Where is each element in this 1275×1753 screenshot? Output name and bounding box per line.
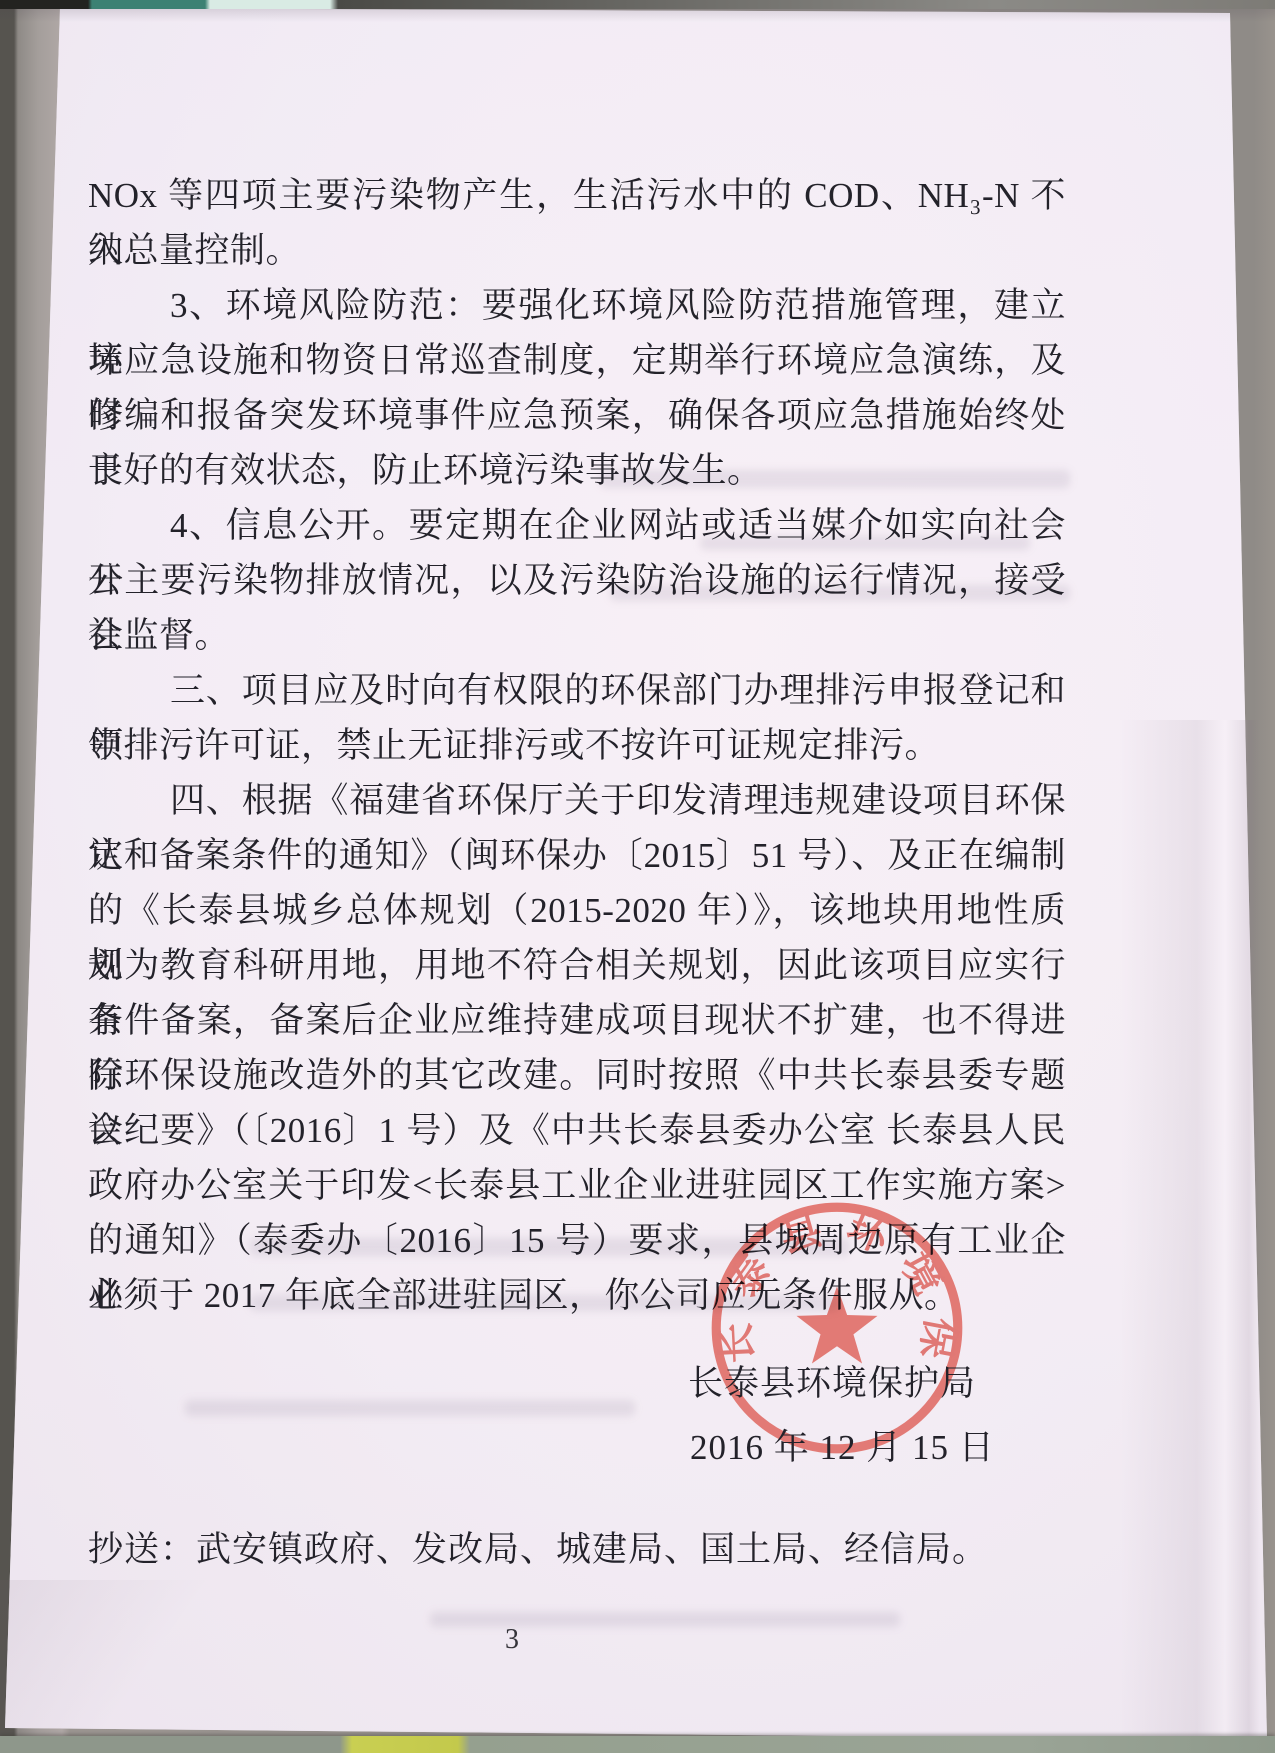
body-line: 除环保设施改造外的其它改建。同时按照《中共长泰县委专题会 (88, 1048, 1066, 1103)
body-line: 的《长泰县城乡总体规划（2015-2020 年）》，该地块用地性质规 (88, 883, 1066, 938)
svg-text:长泰县环境保护局: 长泰县环境保护局 (704, 1190, 964, 1380)
body-line: 划为教育科研用地，用地不符合相关规划，因此该项目应实行有 (88, 938, 1066, 993)
body-line: 入总量控制。 (88, 223, 1066, 278)
body-line: 定和备案条件的通知》（闽环保办〔2015〕51 号）、及正在编制 (88, 828, 1066, 883)
body-line: 议纪要》（〔2016〕1 号）及《中共长泰县委办公室 长泰县人民 (88, 1103, 1066, 1158)
scanned-document-page: NOx 等四项主要污染物产生，生活污水中的 COD、NH₃-N 不纳 入总量控制… (0, 0, 1275, 1753)
scanner-edge-bottom (0, 1736, 1275, 1753)
body-line: 会监督。 (88, 608, 1066, 663)
seal-text: 长泰县环境保护局 (704, 1190, 964, 1380)
signature-date: 2016 年 12 月 15 日 (690, 1420, 995, 1470)
body-line: 良好的有效状态，防止环境污染事故发生。 (88, 443, 1066, 498)
bleed-through-mark (185, 1400, 635, 1416)
body-line: 三、项目应及时向有权限的环保部门办理排污申报登记和申 (88, 663, 1066, 718)
signature-agency: 长泰县环境保护局 (688, 1356, 976, 1406)
body-line: NOx 等四项主要污染物产生，生活污水中的 COD、NH₃-N 不纳 (88, 168, 1066, 223)
seal-star-icon (797, 1286, 878, 1363)
scanner-edge-top (0, 0, 1275, 9)
cc-line: 抄送：武安镇政府、发改局、城建局、国土局、经信局。 (88, 1522, 988, 1572)
body-line: 境应急设施和物资日常巡查制度，定期举行环境应急演练，及时 (88, 333, 1066, 388)
paper-top-shadow (0, 8, 1275, 22)
body-line: 条件备案，备案后企业应维持建成项目现状不扩建，也不得进行 (88, 993, 1066, 1048)
body-line: 开主要污染物排放情况，以及污染防治设施的运行情况，接受社 (88, 553, 1066, 608)
body-line: 四、根据《福建省环保厅关于印发清理违规建设项目环保认 (88, 773, 1066, 828)
paper-fold-shadow (0, 1580, 260, 1753)
body-line: 领排污许可证，禁止无证排污或不按许可证规定排污。 (88, 718, 1066, 773)
document-body: NOx 等四项主要污染物产生，生活污水中的 COD、NH₃-N 不纳 入总量控制… (88, 168, 1066, 1323)
body-line: 修编和报备突发环境事件应急预案，确保各项应急措施始终处于 (88, 388, 1066, 443)
page-number: 3 (492, 1624, 532, 1656)
body-line: 3、环境风险防范：要强化环境风险防范措施管理，建立环 (88, 278, 1066, 333)
body-line: 4、信息公开。要定期在企业网站或适当媒介如实向社会公 (88, 498, 1066, 553)
paper-crease (1120, 720, 1260, 1753)
